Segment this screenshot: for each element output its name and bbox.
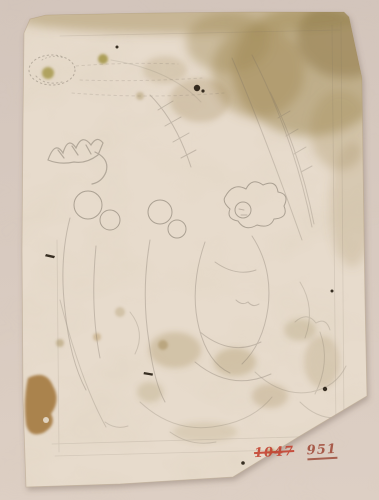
ink-speck <box>241 461 245 465</box>
ink-speck <box>331 290 334 293</box>
stain-blob <box>149 332 201 368</box>
stain-dot <box>42 67 54 79</box>
inscription-new-number: 951 <box>306 442 337 461</box>
stain-blob <box>304 336 340 388</box>
ink-speck <box>201 89 204 92</box>
stain-blob <box>186 12 270 72</box>
stain-dot <box>56 339 64 347</box>
stain-blob <box>284 319 316 341</box>
stain-blob <box>310 90 370 170</box>
stain-hole <box>43 417 49 423</box>
stain-blob <box>252 384 288 408</box>
stain-blob <box>214 348 256 376</box>
ink-speck <box>116 46 119 49</box>
artwork-photo: 1047 951 <box>0 0 379 500</box>
stain-dot <box>158 340 168 350</box>
stain-dot <box>98 54 108 64</box>
stain-blob <box>170 78 230 122</box>
ink-speck <box>323 387 327 391</box>
ink-speck <box>194 85 200 91</box>
stain-dot <box>115 307 125 317</box>
drawing-photograph-canvas <box>0 0 379 500</box>
inscription-old-number: 1047 <box>254 444 295 461</box>
stain-blob <box>137 382 163 402</box>
